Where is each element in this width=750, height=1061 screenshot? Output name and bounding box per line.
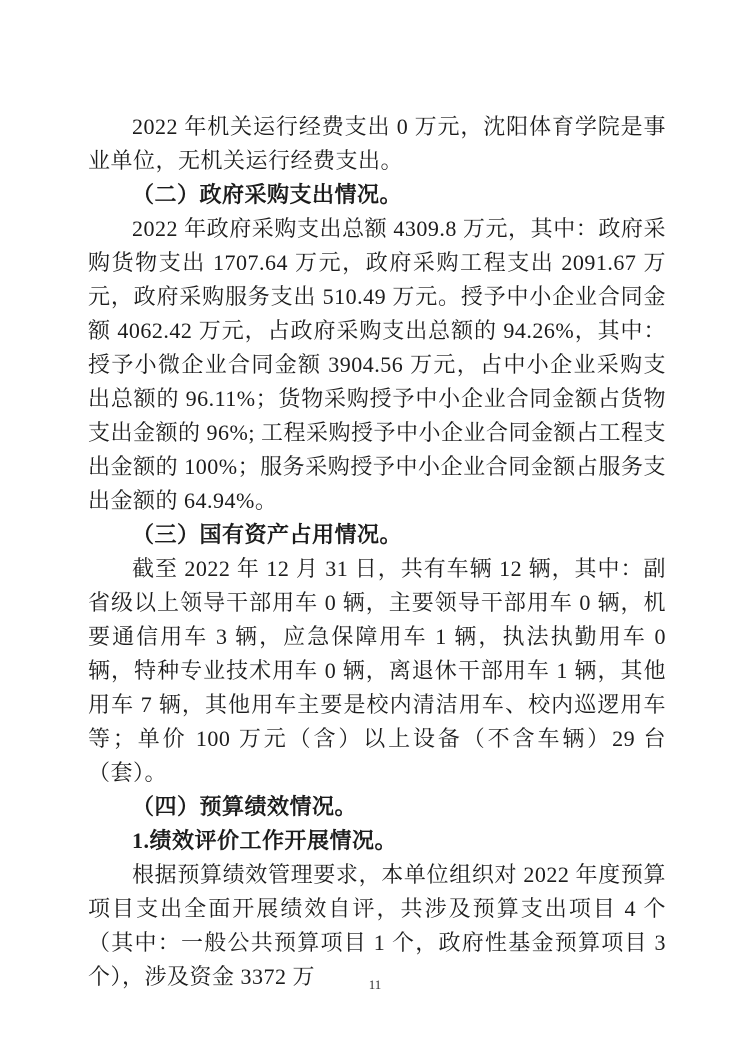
para-state-assets-detail: 截至 2022 年 12 月 31 日，共有车辆 12 辆，其中：副省级以上领导… [88,552,666,790]
heading-government-procurement: （二）政府采购支出情况。 [88,178,666,212]
heading-budget-performance: （四）预算绩效情况。 [88,790,666,824]
page-number: 11 [0,977,750,993]
para-performance-evaluation-detail: 根据预算绩效管理要求，本单位组织对 2022 年度预算项目支出全面开展绩效自评，… [88,858,666,994]
para-government-procurement-detail: 2022 年政府采购支出总额 4309.8 万元，其中：政府采购货物支出 170… [88,212,666,518]
document-body: 2022 年机关运行经费支出 0 万元，沈阳体育学院是事业单位，无机关运行经费支… [88,110,666,994]
heading-state-assets-occupancy: （三）国有资产占用情况。 [88,518,666,552]
heading-performance-evaluation-work: 1.绩效评价工作开展情况。 [88,824,666,858]
para-machine-operating-expense: 2022 年机关运行经费支出 0 万元，沈阳体育学院是事业单位，无机关运行经费支… [88,110,666,178]
document-page: 2022 年机关运行经费支出 0 万元，沈阳体育学院是事业单位，无机关运行经费支… [0,0,750,1061]
